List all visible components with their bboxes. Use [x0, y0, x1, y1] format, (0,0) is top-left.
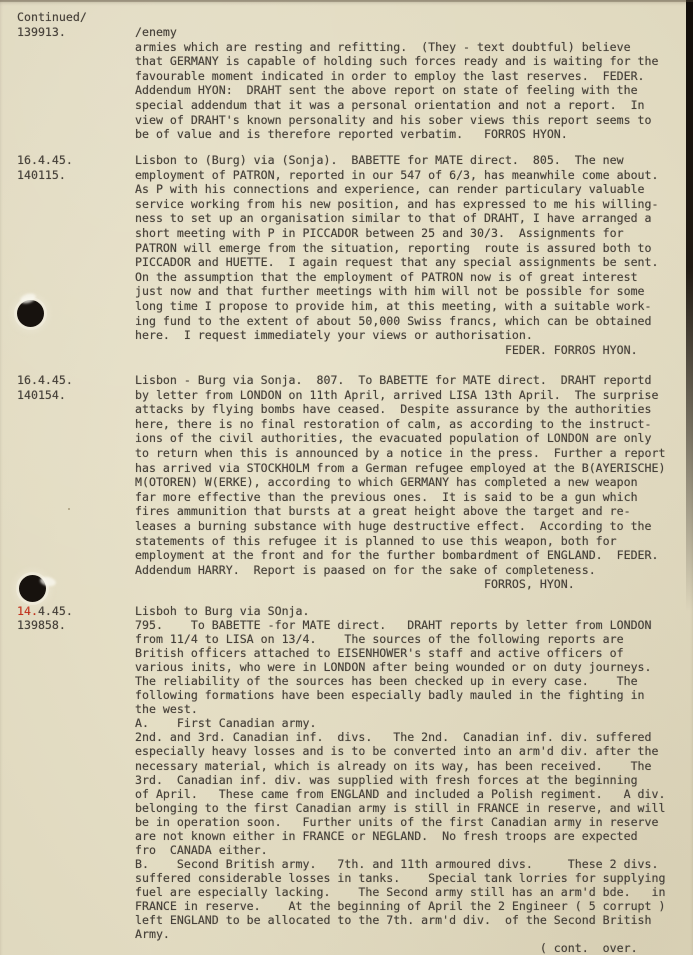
scan-edge-top: [0, 0, 693, 2]
entry-margin: 16.4.45.140154.: [0, 373, 135, 592]
log-entry-139913: Continued/139913. /enemy armies which ar…: [0, 10, 693, 142]
entry-date: Continued/: [17, 10, 87, 24]
punch-hole-top: [17, 300, 44, 327]
scan-edge-right: [686, 0, 693, 955]
entry-serial: 139913.: [17, 25, 66, 39]
entry-text: Lisbon to (Burg) via (Sonja). BABETTE fo…: [135, 153, 693, 357]
entry-text: /enemy armies which are resting and refi…: [135, 10, 693, 142]
document-page: Continued/139913. /enemy armies which ar…: [0, 0, 693, 955]
entry-date-red: 14.: [17, 604, 38, 618]
entry-text: Lisboh to Burg via SOnja. 795. To BABETT…: [135, 604, 693, 955]
punch-hole-bottom: [19, 575, 46, 602]
log-entry-139858: 14.4.45.139858. Lisboh to Burg via SOnja…: [0, 604, 693, 955]
entry-serial: 139858.: [17, 618, 66, 632]
entry-serial: 140115.: [17, 168, 66, 182]
entry-margin: 16.4.45.140115.: [0, 153, 135, 357]
entry-date: 4.45.: [38, 604, 73, 618]
paper-speck: [208, 646, 211, 649]
paper-speck: [68, 508, 70, 510]
log-entry-140154: 16.4.45.140154. Lisbon - Burg via Sonja.…: [0, 373, 693, 592]
entry-margin: 14.4.45.139858.: [0, 604, 135, 955]
entry-text: Lisbon - Burg via Sonja. 807. To BABETTE…: [135, 373, 693, 592]
entry-margin: Continued/139913.: [0, 10, 135, 142]
entry-date: 16.4.45.: [17, 153, 73, 167]
entry-serial: 140154.: [17, 388, 66, 402]
log-entry-140115: 16.4.45.140115. Lisbon to (Burg) via (So…: [0, 153, 693, 357]
entry-date: 16.4.45.: [17, 373, 73, 387]
